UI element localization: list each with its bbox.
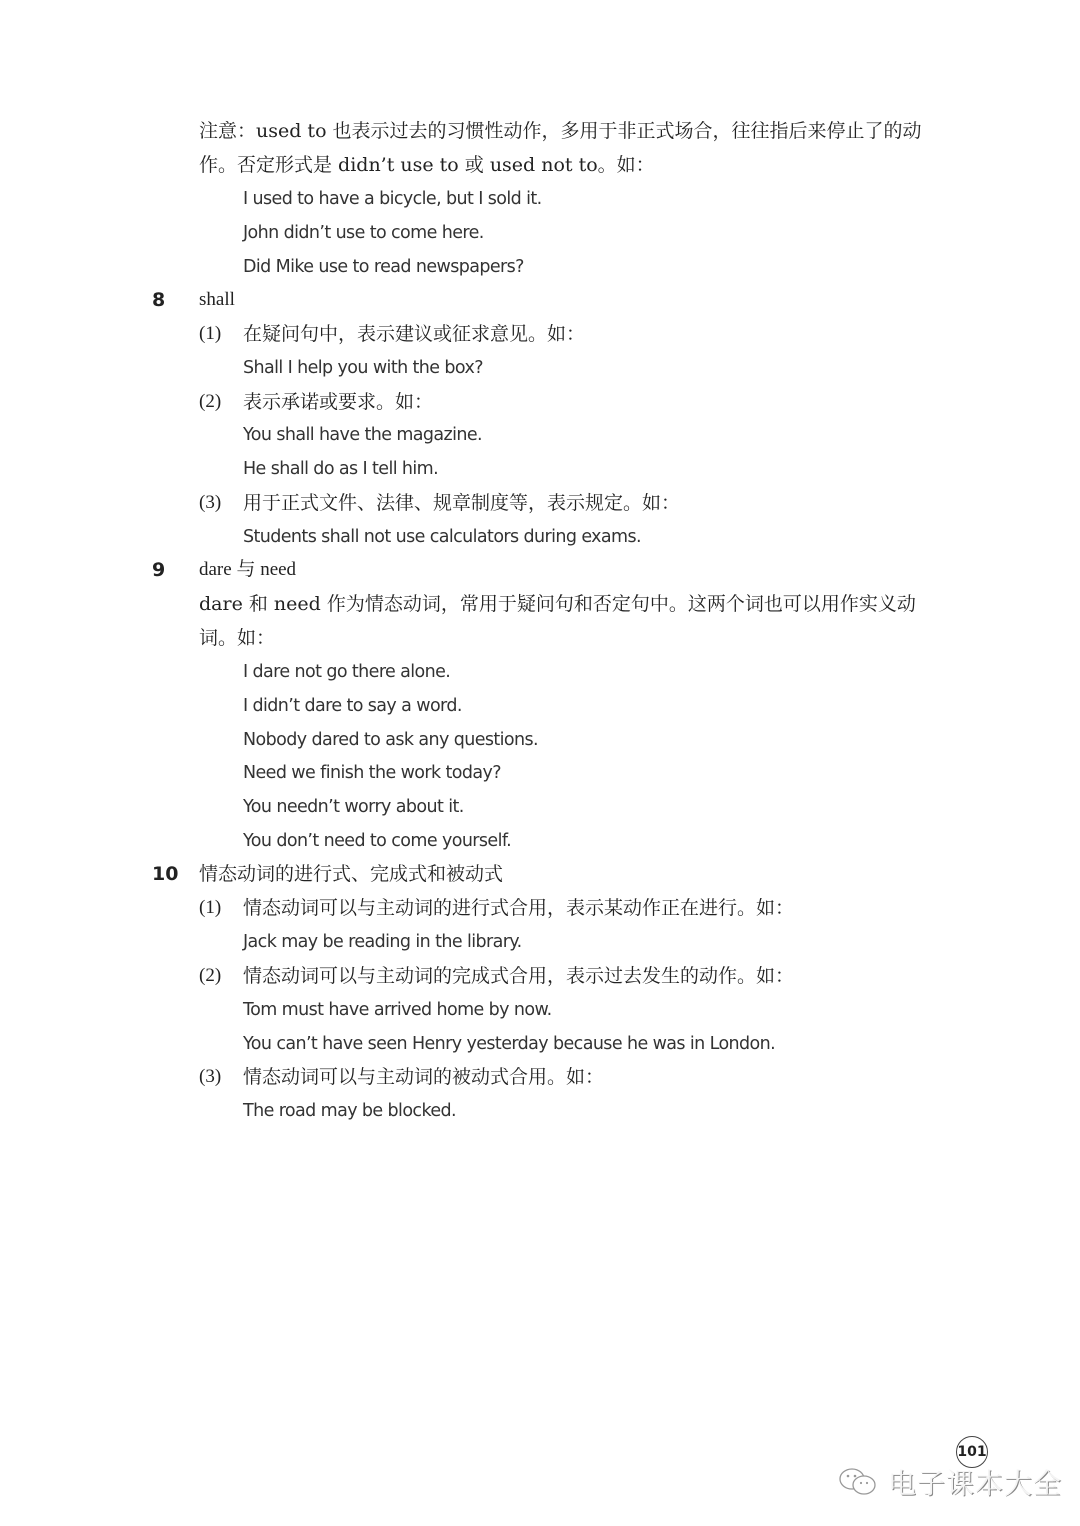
watermark-text: 电子课本大全	[888, 1462, 1062, 1502]
item-text: 情态动词可以与主动词的进行式合用，表示某动作正在进行。如：	[243, 894, 794, 922]
example-sentence: I dare not go there alone.	[243, 658, 450, 686]
example-sentence: I used to have a bicycle, but I sold it.	[243, 185, 542, 213]
section-number: 9	[152, 556, 165, 584]
example-sentence: Tom must have arrived home by now.	[243, 996, 552, 1024]
item-marker: (2)	[199, 388, 221, 416]
item-marker: (1)	[199, 894, 221, 922]
item-text: 表示承诺或要求。如：	[243, 388, 433, 416]
item-marker: (3)	[199, 489, 221, 517]
example-sentence: You can’t have seen Henry yesterday beca…	[243, 1030, 775, 1058]
example-sentence: You shall have the magazine.	[243, 421, 482, 449]
example-sentence: John didn’t use to come here.	[243, 219, 484, 247]
note-line-1: 注意：used to 也表示过去的习惯性动作，多用于非正式场合，往往指后来停止了…	[199, 117, 922, 145]
example-sentence: Students shall not use calculators durin…	[243, 523, 641, 551]
example-sentence: Did Mike use to read newspapers?	[243, 253, 524, 281]
example-sentence: You don’t need to come yourself.	[243, 827, 511, 855]
item-marker: (2)	[199, 962, 221, 990]
example-sentence: Shall I help you with the box?	[243, 354, 483, 382]
example-sentence: He shall do as I tell him.	[243, 455, 438, 483]
example-sentence: Jack may be reading in the library.	[243, 928, 522, 956]
example-sentence: I didn’t dare to say a word.	[243, 692, 462, 720]
section-title: 情态动词的进行式、完成式和被动式	[199, 860, 503, 888]
note-line-2: 作。否定形式是 didn’t use to 或 used not to。如：	[199, 151, 655, 179]
item-text: 情态动词可以与主动词的完成式合用，表示过去发生的动作。如：	[243, 962, 794, 990]
example-sentence: Nobody dared to ask any questions.	[243, 726, 538, 754]
watermark: 电子课本大全	[838, 1462, 1062, 1502]
section-number: 10	[152, 860, 178, 888]
wechat-icon	[838, 1467, 878, 1497]
section-title: shall	[199, 286, 235, 314]
item-marker: (3)	[199, 1063, 221, 1091]
example-sentence: Need we finish the work today?	[243, 759, 501, 787]
example-sentence: The road may be blocked.	[243, 1097, 456, 1125]
item-marker: (1)	[199, 320, 221, 348]
item-text: 情态动词可以与主动词的被动式合用。如：	[243, 1063, 604, 1091]
item-text: 在疑问句中，表示建议或征求意见。如：	[243, 320, 585, 348]
section-number: 8	[152, 286, 165, 314]
section-description: 词。如：	[199, 624, 275, 652]
section-description: dare 和 need 作为情态动词，常用于疑问句和否定句中。这两个词也可以用作…	[199, 590, 916, 618]
example-sentence: You needn’t worry about it.	[243, 793, 464, 821]
item-text: 用于正式文件、法律、规章制度等，表示规定。如：	[243, 489, 680, 517]
section-title: dare 与 need	[199, 556, 296, 584]
